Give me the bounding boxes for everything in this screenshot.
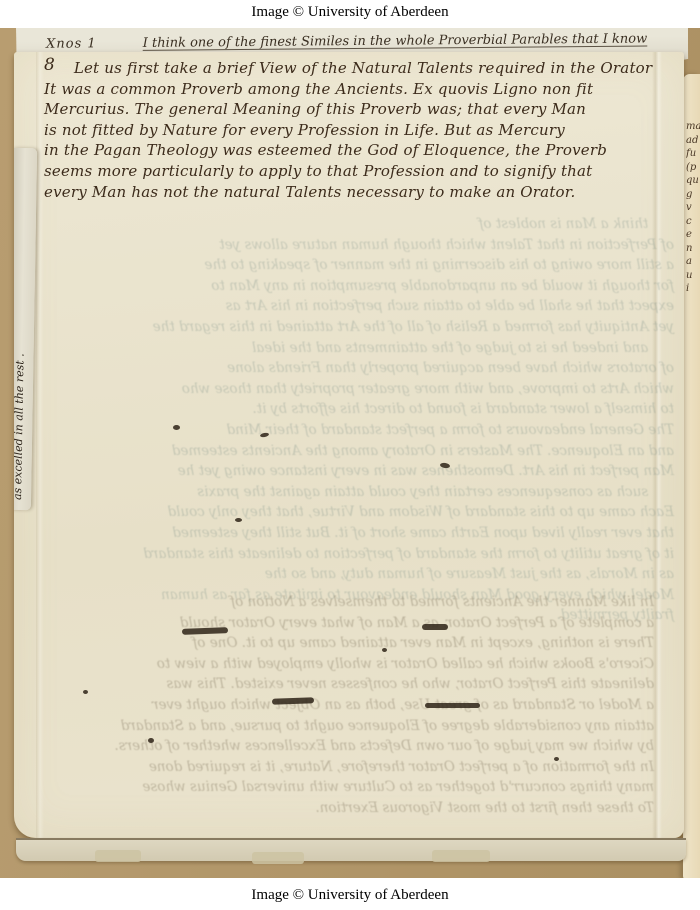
ink-blot [382, 648, 387, 652]
ink-smear [425, 703, 480, 708]
vertical-margin-note: as excelled in all the rest . [14, 160, 30, 500]
main-paragraph: Let us first take a brief View of the Na… [44, 58, 676, 202]
ink-blot [235, 518, 242, 522]
adjacent-page-edge: ma ad fu (p qu g v c e n a u i [683, 74, 700, 878]
manuscript-scan: ma ad fu (p qu g v c e n a u i Xnos 1I t… [0, 28, 700, 878]
showthrough-text-upper: think a Man is noblest of of Perfection … [40, 214, 674, 626]
manuscript-page: as excelled in all the rest . 8 Let us f… [14, 52, 684, 838]
ink-blot [554, 757, 559, 761]
simile-note-text: I think one of the finest Similes in the… [143, 31, 648, 50]
showthrough-text-lower: In like Manner the Ancients formed to th… [54, 592, 654, 819]
ink-blot [173, 425, 180, 430]
copyright-caption-top: Image © University of Aberdeen [0, 4, 700, 21]
ink-blot [83, 690, 88, 694]
spine-strip: as excelled in all the rest . [14, 148, 37, 510]
tape-mark [252, 852, 304, 864]
tape-mark [432, 850, 490, 862]
copyright-caption-bottom: Image © University of Aberdeen [0, 887, 700, 904]
ink-blot [148, 738, 154, 743]
ink-smear [422, 624, 448, 630]
shelfmark-label: Xnos 1 [46, 36, 97, 51]
adjacent-page-text-fragments: ma ad fu (p qu g v c e n a u i [686, 120, 700, 350]
tape-mark [95, 850, 141, 862]
previous-leaf-line: Xnos 1I think one of the finest Similes … [46, 31, 647, 51]
